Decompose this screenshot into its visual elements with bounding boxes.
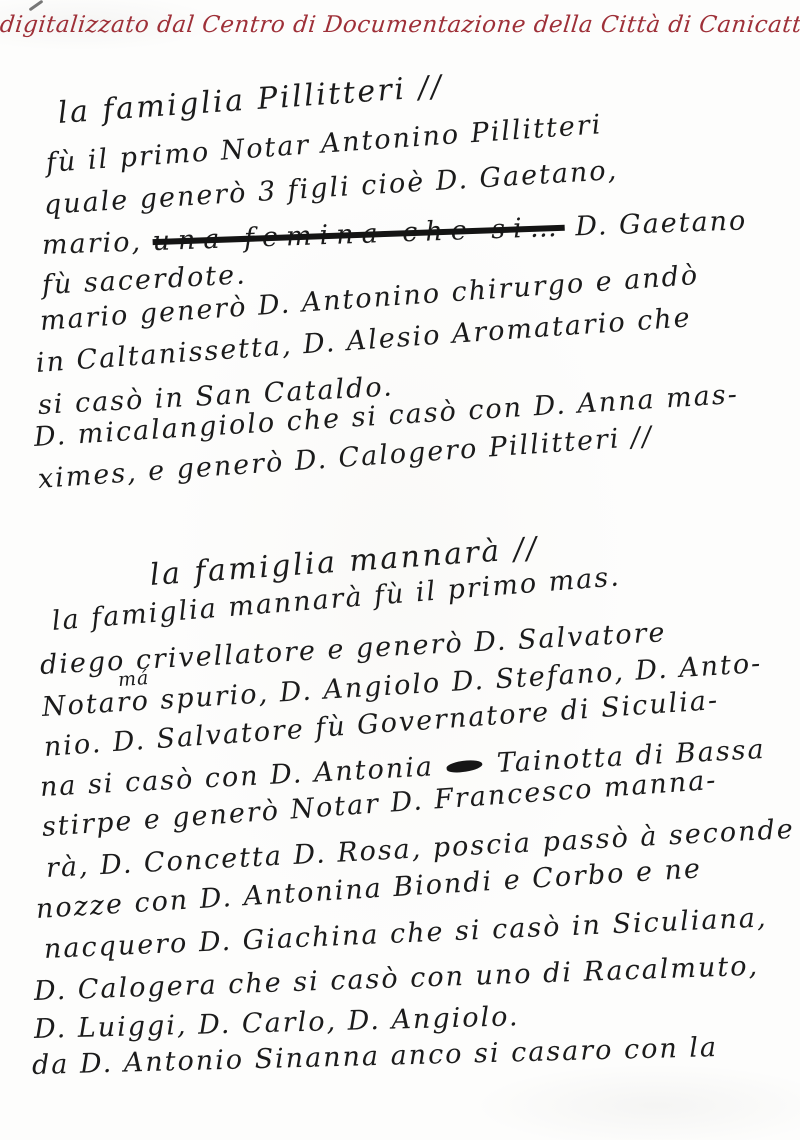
- line-text-post: D. Gaetano: [575, 205, 748, 242]
- struck-out-text: una femina che si…: [152, 212, 565, 257]
- digitization-credit-line: digitalizzato dal Centro di Documentazio…: [0, 12, 800, 38]
- ink-blot: [446, 758, 483, 774]
- family-heading-pillitteri: la famiglia Pillitteri //: [57, 69, 445, 131]
- scanned-manuscript-page: digitalizzato dal Centro di Documentazio…: [0, 0, 800, 1140]
- line-text-pre: mario,: [41, 227, 142, 261]
- stray-ink-mark: [29, 0, 44, 11]
